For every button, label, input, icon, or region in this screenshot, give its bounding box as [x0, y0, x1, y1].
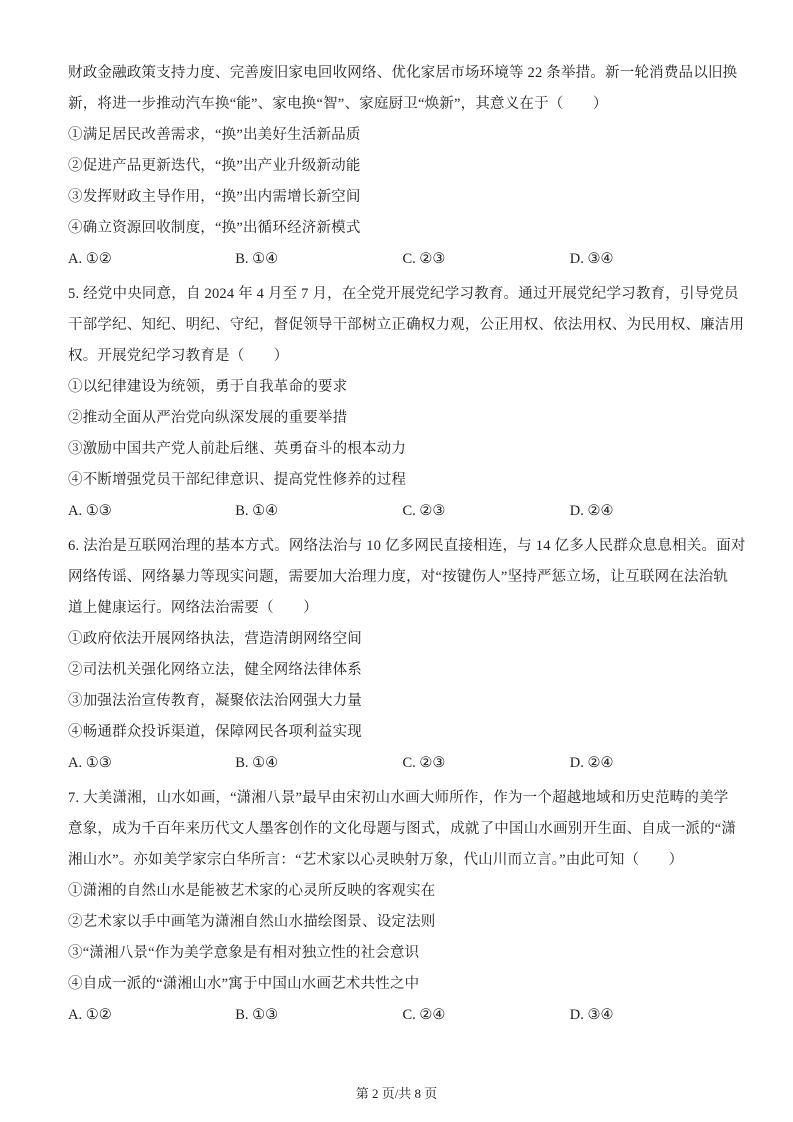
- numbered-statement: ①以纪律建设为统领，勇于自我革命的要求: [68, 372, 737, 403]
- page-number: 第 2 页/共 8 页: [356, 1086, 438, 1101]
- numbered-statement: ①潇湘的自然山水是能被艺术家的心灵所反映的客观实在: [68, 876, 737, 907]
- question-stem-line: 新，将进一步推动汽车换“能”、家电换“智”、家庭厨卫“焕新”，其意义在于（ ）: [68, 89, 737, 120]
- answer-option: B. ①③: [235, 1000, 402, 1031]
- question-stem-line: 权。开展党纪学习教育是（ ）: [68, 341, 737, 372]
- answer-option: A. ①③: [68, 496, 235, 527]
- questions-area: 财政金融政策支持力度、完善废旧家电回收网络、优化家居市场环境等 22 条举措。新…: [68, 58, 737, 1031]
- question-stem-line: 7. 大美潇湘，山水如画，“潇湘八景”最早由宋初山水画大师所作，作为一个超越地域…: [68, 783, 737, 814]
- question-stem-line: 财政金融政策支持力度、完善废旧家电回收网络、优化家居市场环境等 22 条举措。新…: [68, 58, 737, 89]
- answer-option: D. ③④: [570, 244, 737, 275]
- answer-options-row: A. ①③B. ①④C. ②③D. ②④: [68, 748, 737, 779]
- numbered-statement: ③激励中国共产党人前赴后继、英勇奋斗的根本动力: [68, 434, 737, 465]
- numbered-statement: ①政府依法开展网络执法，营造清朗网络空间: [68, 624, 737, 655]
- question-stem-line: 干部学纪、知纪、明纪、守纪，督促领导干部树立正确权力观，公正用权、依法用权、为民…: [68, 310, 737, 341]
- numbered-statement: ③加强法治宣传教育，凝聚依法治网强大力量: [68, 686, 737, 717]
- answer-option: A. ①②: [68, 1000, 235, 1031]
- question-5: 5. 经党中央同意，自 2024 年 4 月至 7 月，在全党开展党纪学习教育。…: [68, 279, 737, 527]
- answer-option: A. ①②: [68, 244, 235, 275]
- answer-option: C. ②④: [403, 1000, 570, 1031]
- answer-option: B. ①④: [235, 748, 402, 779]
- question-6: 6. 法治是互联网治理的基本方式。网络法治与 10 亿多网民直接相连，与 14 …: [68, 531, 737, 779]
- question-4-continuation: 财政金融政策支持力度、完善废旧家电回收网络、优化家居市场环境等 22 条举措。新…: [68, 58, 737, 275]
- numbered-statement: ③“潇湘八景“作为美学意象是有相对独立性的社会意识: [68, 938, 737, 969]
- numbered-statement: ②促进产品更新迭代，“换”出产业升级新动能: [68, 151, 737, 182]
- numbered-statement: ④不断增强党员干部纪律意识、提高党性修养的过程: [68, 465, 737, 496]
- numbered-statement: ③发挥财政主导作用，“换”出内需增长新空间: [68, 182, 737, 213]
- answer-options-row: A. ①②B. ①④C. ②③D. ③④: [68, 244, 737, 275]
- answer-option: C. ②③: [403, 496, 570, 527]
- answer-option: B. ①④: [235, 496, 402, 527]
- page-footer: 第 2 页/共 8 页: [0, 1086, 793, 1102]
- numbered-statement: ②推动全面从严治党向纵深发展的重要举措: [68, 403, 737, 434]
- answer-option: C. ②③: [403, 748, 570, 779]
- answer-option: D. ③④: [570, 1000, 737, 1031]
- question-stem-line: 意象，成为千百年来历代文人墨客创作的文化母题与图式，成就了中国山水画别开生面、自…: [68, 814, 737, 845]
- answer-options-row: A. ①②B. ①③C. ②④D. ③④: [68, 1000, 737, 1031]
- numbered-statement: ④畅通群众投诉渠道，保障网民各项利益实现: [68, 717, 737, 748]
- question-stem-line: 5. 经党中央同意，自 2024 年 4 月至 7 月，在全党开展党纪学习教育。…: [68, 279, 737, 310]
- answer-option: C. ②③: [403, 244, 570, 275]
- answer-option: B. ①④: [235, 244, 402, 275]
- question-7: 7. 大美潇湘，山水如画，“潇湘八景”最早由宋初山水画大师所作，作为一个超越地域…: [68, 783, 737, 1031]
- question-stem-line: 网络传谣、网络暴力等现实问题，需要加大治理力度，对“按键伤人”坚持严惩立场，让互…: [68, 562, 737, 593]
- numbered-statement: ④确立资源回收制度，“换”出循环经济新模式: [68, 213, 737, 244]
- question-stem-line: 6. 法治是互联网治理的基本方式。网络法治与 10 亿多网民直接相连，与 14 …: [68, 531, 737, 562]
- numbered-statement: ④自成一派的“潇湘山水”寓于中国山水画艺术共性之中: [68, 969, 737, 1000]
- numbered-statement: ①满足居民改善需求，“换”出美好生活新品质: [68, 120, 737, 151]
- exam-paper-page: 财政金融政策支持力度、完善废旧家电回收网络、优化家居市场环境等 22 条举措。新…: [0, 0, 793, 1122]
- question-stem-line: 湘山水”。亦如美学家宗白华所言：“艺术家以心灵映射万象，代山川而立言。”由此可知…: [68, 845, 737, 876]
- answer-option: D. ②④: [570, 496, 737, 527]
- question-stem-line: 道上健康运行。网络法治需要（ ）: [68, 593, 737, 624]
- answer-options-row: A. ①③B. ①④C. ②③D. ②④: [68, 496, 737, 527]
- answer-option: A. ①③: [68, 748, 235, 779]
- numbered-statement: ②艺术家以手中画笔为潇湘自然山水描绘图景、设定法则: [68, 907, 737, 938]
- numbered-statement: ②司法机关强化网络立法，健全网络法律体系: [68, 655, 737, 686]
- answer-option: D. ②④: [570, 748, 737, 779]
